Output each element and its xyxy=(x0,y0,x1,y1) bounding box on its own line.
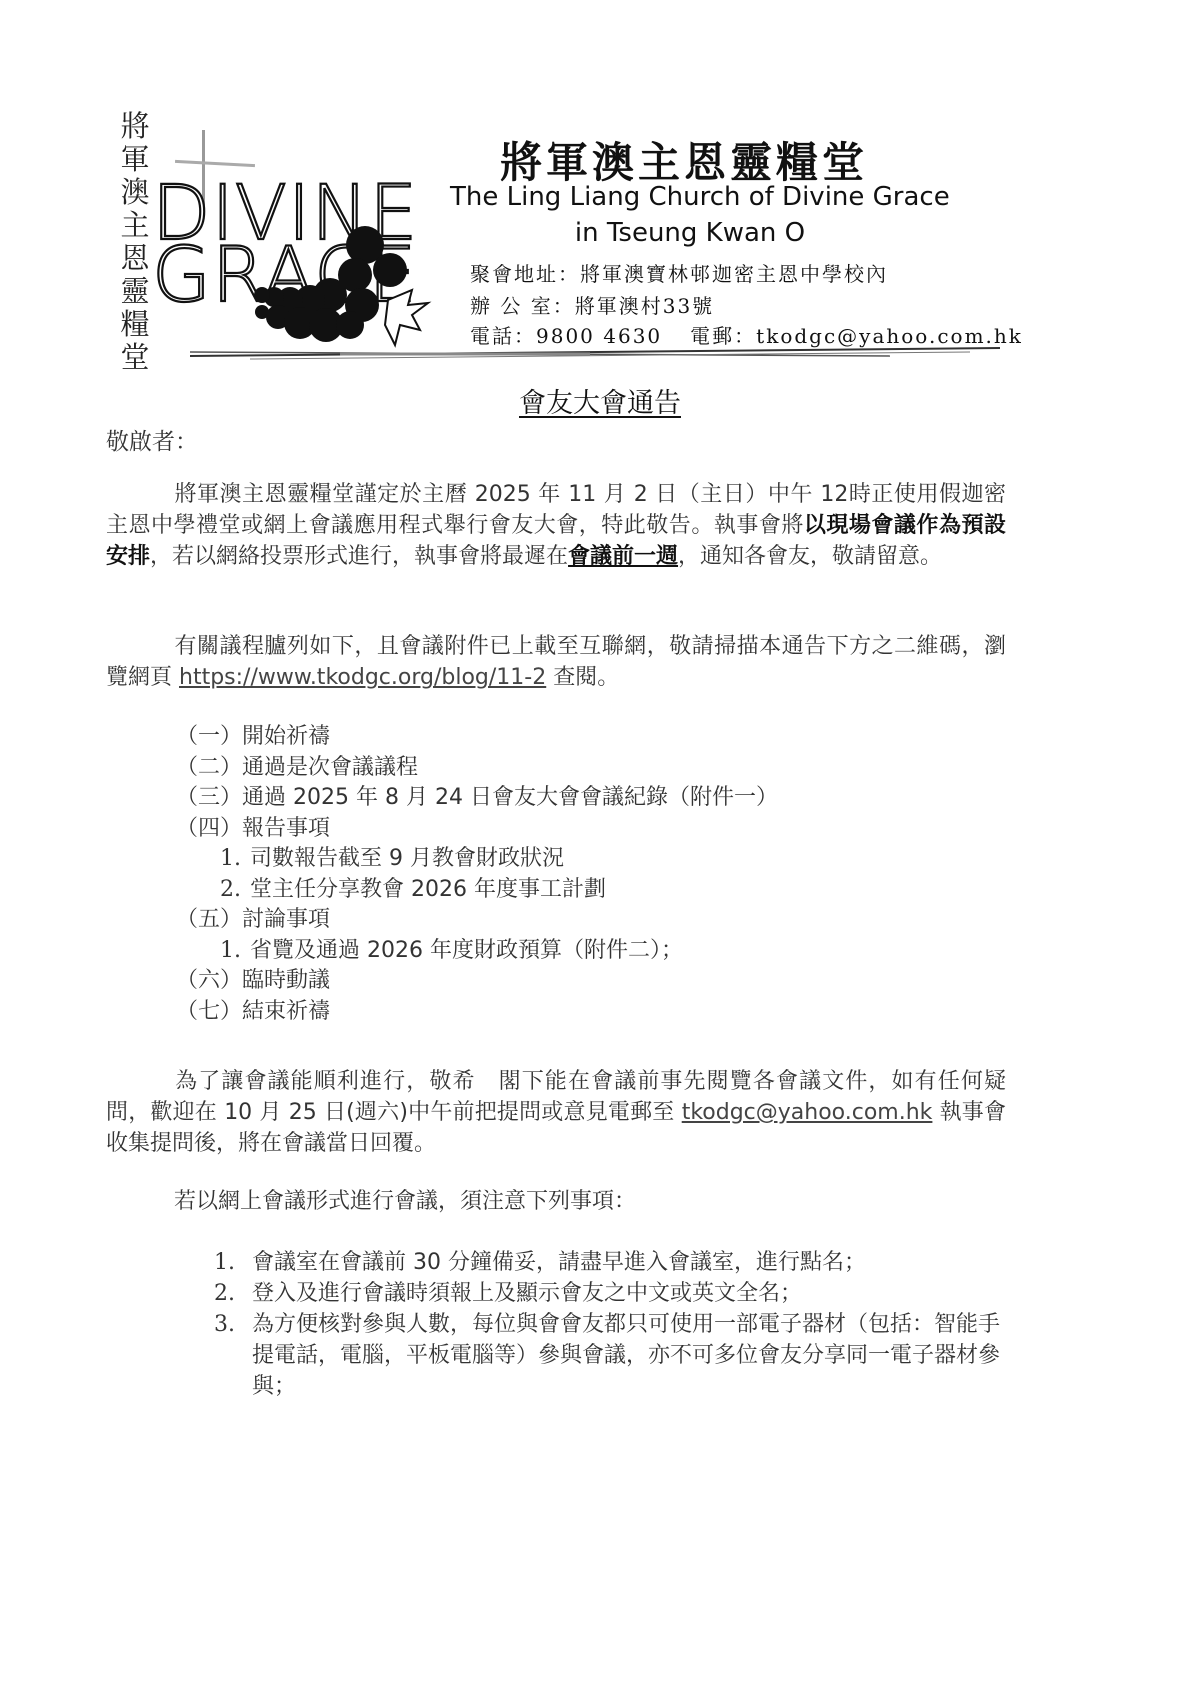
note-text: 登入及進行會議時須報上及顯示會友之中文或英文全名； xyxy=(252,1278,1014,1309)
church-name-en: The Ling Liang Church of Divine Grace xyxy=(450,182,970,212)
agenda-text: 結束祈禱 xyxy=(242,999,330,1024)
agenda-number: （三） xyxy=(176,785,242,810)
subitem-text: 堂主任分享教會 2026 年度事工計劃 xyxy=(250,877,606,902)
agenda-number: （七） xyxy=(176,999,242,1024)
address-line: 聚會地址：將軍澳寶林邨迦密主恩中學校內 xyxy=(470,258,888,287)
p1-text-2: ，若以網絡投票形式進行，執事會將最遲在 xyxy=(150,544,568,569)
agenda-item: （六）臨時動議 xyxy=(176,966,876,997)
email-label: 電郵： xyxy=(690,320,756,349)
agenda-number: （四） xyxy=(176,816,242,841)
agenda-subitem: 2.堂主任分享教會 2026 年度事工計劃 xyxy=(176,875,876,906)
agenda-text: 開始祈禱 xyxy=(242,724,330,749)
agenda-item: （七）結束祈禱 xyxy=(176,997,876,1028)
note-text: 會議室在會議前 30 分鐘備妥，請盡早進入會議室，進行點名； xyxy=(252,1247,1014,1278)
questions-paragraph: 為了讓會議能順利進行，敬希 閣下能在會議前事先閱覽各會議文件，如有任何疑問，歡迎… xyxy=(106,1066,1006,1159)
agenda-number: （二） xyxy=(176,755,242,780)
p1-bold-one-week: 會議前一週 xyxy=(568,544,678,569)
note-item: 3.為方便核對參與人數，每位與會會友都只可使用一部電子器材（包括：智能手提電話，… xyxy=(214,1309,1014,1402)
agenda-number: （五） xyxy=(176,907,242,932)
note-number: 2. xyxy=(214,1278,252,1309)
online-notes-list: 1.會議室在會議前 30 分鐘備妥，請盡早進入會議室，進行點名； 2.登入及進行… xyxy=(214,1247,1014,1402)
church-location-en: in Tseung Kwan O xyxy=(450,218,930,248)
meeting-announcement-paragraph: 將軍澳主恩靈糧堂謹定於主曆 2025 年 11 月 2 日（主日）中午 12時正… xyxy=(106,479,1006,572)
agenda-number: （六） xyxy=(176,968,242,993)
subitem-number: 1. xyxy=(220,936,250,967)
agenda-text: 通過是次會議議程 xyxy=(242,755,418,780)
phone-value: 9800 4630 xyxy=(536,324,662,348)
p1-text-3: ，通知各會友，敬請留意。 xyxy=(678,544,942,569)
address-label: 聚會地址： xyxy=(470,258,580,287)
office-value: 將軍澳村33號 xyxy=(575,294,714,318)
blog-link[interactable]: https://www.tkodgc.org/blog/11-2 xyxy=(179,665,546,690)
note-text: 為方便核對參與人數，每位與會會友都只可使用一部電子器材（包括：智能手提電話，電腦… xyxy=(252,1309,1014,1402)
note-item: 1.會議室在會議前 30 分鐘備妥，請盡早進入會議室，進行點名； xyxy=(214,1247,1014,1278)
p2-text-2: 查閱。 xyxy=(546,665,619,690)
agenda-text: 報告事項 xyxy=(242,816,330,841)
agenda-item: （二）通過是次會議議程 xyxy=(176,753,876,784)
agenda-text: 通過 2025 年 8 月 24 日會友大會會議紀錄（附件一） xyxy=(242,785,778,810)
note-number: 1. xyxy=(214,1247,252,1278)
agenda-subitem: 1.省覽及通過 2026 年度財政預算（附件二）； xyxy=(176,936,876,967)
phone-label: 電話： xyxy=(470,320,536,349)
agenda-text: 討論事項 xyxy=(242,907,330,932)
subitem-text: 司數報告截至 9 月教會財政狀況 xyxy=(250,846,564,871)
note-number: 3. xyxy=(214,1309,252,1402)
subitem-number: 2. xyxy=(220,875,250,906)
agenda-item: （三）通過 2025 年 8 月 24 日會友大會會議紀錄（附件一） xyxy=(176,783,876,814)
email-value: tkodgc@yahoo.com.hk xyxy=(756,324,1023,348)
online-meeting-intro: 若以網上會議形式進行會議，須注意下列事項： xyxy=(174,1186,994,1217)
office-label: 辦 公 室： xyxy=(470,290,575,319)
page-title: 會友大會通告 xyxy=(0,381,1200,420)
agenda-item: （五）討論事項 xyxy=(176,905,876,936)
header-divider xyxy=(190,346,1000,362)
office-line: 辦 公 室：將軍澳村33號 xyxy=(470,290,714,319)
agenda-text: 臨時動議 xyxy=(242,968,330,993)
divine-grace-logo: DIVINE GRACE xyxy=(150,125,450,355)
subitem-number: 1. xyxy=(220,844,250,875)
agenda-intro-paragraph: 有關議程臚列如下，且會議附件已上載至互聯網，敬請掃描本通告下方之二維碼，瀏覽網頁… xyxy=(106,631,1006,693)
address-value: 將軍澳寶林邨迦密主恩中學校內 xyxy=(580,262,888,286)
agenda-item: （四）報告事項 xyxy=(176,814,876,845)
note-item: 2.登入及進行會議時須報上及顯示會友之中文或英文全名； xyxy=(214,1278,1014,1309)
agenda-subitem: 1.司數報告截至 9 月教會財政狀況 xyxy=(176,844,876,875)
email-link[interactable]: tkodgc@yahoo.com.hk xyxy=(682,1100,933,1125)
subitem-text: 省覽及通過 2026 年度財政預算（附件二）； xyxy=(250,938,683,963)
agenda-list: （一）開始祈禱 （二）通過是次會議議程 （三）通過 2025 年 8 月 24 … xyxy=(176,722,876,1027)
agenda-item: （一）開始祈禱 xyxy=(176,722,876,753)
contact-line: 電話：9800 4630電郵：tkodgc@yahoo.com.hk xyxy=(470,320,1023,349)
agenda-number: （一） xyxy=(176,724,242,749)
salutation: 敬啟者： xyxy=(106,423,198,456)
vertical-church-name: 將軍澳主恩靈糧堂 xyxy=(118,110,152,374)
grapes-icon xyxy=(150,125,450,355)
church-name-zh: 將軍澳主恩靈糧堂 xyxy=(500,130,868,190)
